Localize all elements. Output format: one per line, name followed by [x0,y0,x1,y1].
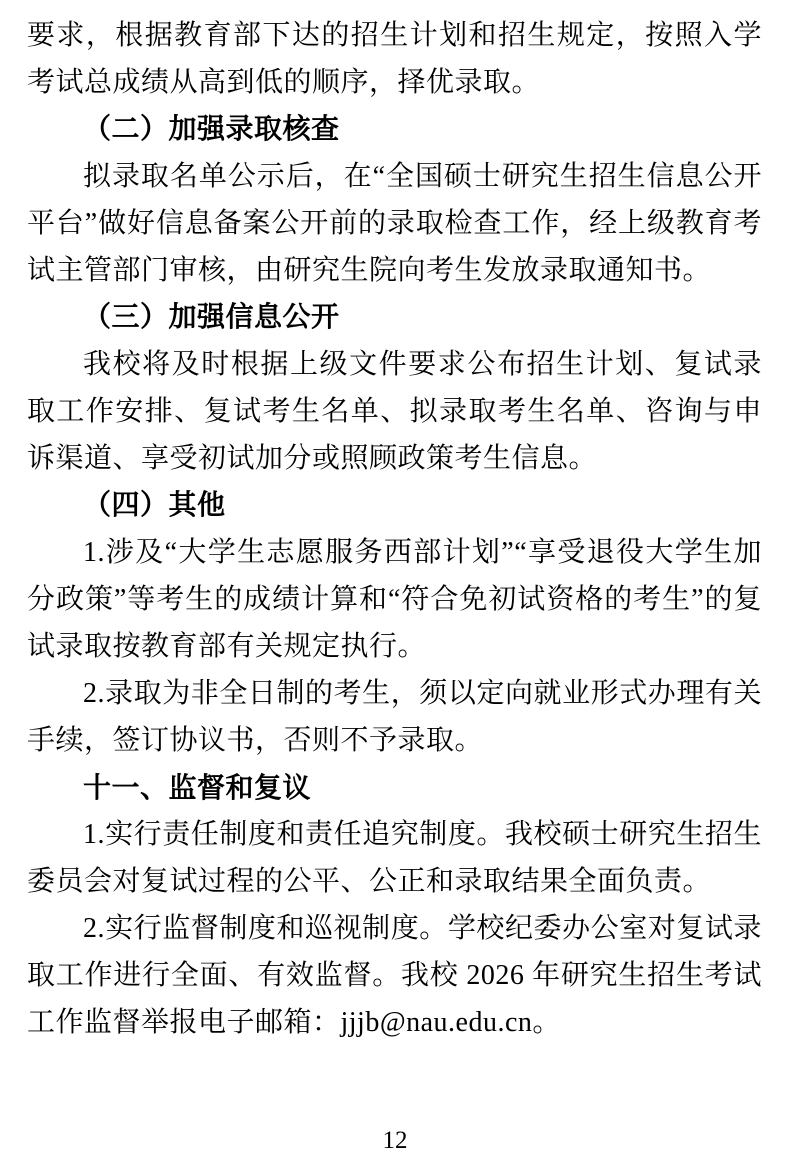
paragraph: 1.实行责任制度和责任追究制度。我校硕士研究生招生委员会对复试过程的公平、公正和… [27,811,762,905]
sub-heading-3: （三）加强信息公开 [27,294,762,341]
page-number: 12 [383,1127,408,1154]
page-footer: 12 [0,1127,790,1155]
document-content: 要求，根据教育部下达的招生计划和招生规定，按照入学考试总成绩从高到低的顺序，择优… [27,12,762,1046]
paragraph-continuation: 要求，根据教育部下达的招生计划和招生规定，按照入学考试总成绩从高到低的顺序，择优… [27,12,762,106]
paragraph: 我校将及时根据上级文件要求公布招生计划、复试录取工作安排、复试考生名单、拟录取考… [27,341,762,482]
section-heading-11: 十一、监督和复议 [27,764,762,811]
sub-heading-4: （四）其他 [27,482,762,529]
paragraph: 2.实行监督制度和巡视制度。学校纪委办公室对复试录取工作进行全面、有效监督。我校… [27,905,762,1046]
document-page: 要求，根据教育部下达的招生计划和招生规定，按照入学考试总成绩从高到低的顺序，择优… [0,0,790,1173]
sub-heading-2: （二）加强录取核查 [27,106,762,153]
paragraph: 拟录取名单公示后，在“全国硕士研究生招生信息公开平台”做好信息备案公开前的录取检… [27,153,762,294]
paragraph: 1.涉及“大学生志愿服务西部计划”“享受退役大学生加分政策”等考生的成绩计算和“… [27,529,762,670]
paragraph: 2.录取为非全日制的考生，须以定向就业形式办理有关手续，签订协议书，否则不予录取… [27,670,762,764]
